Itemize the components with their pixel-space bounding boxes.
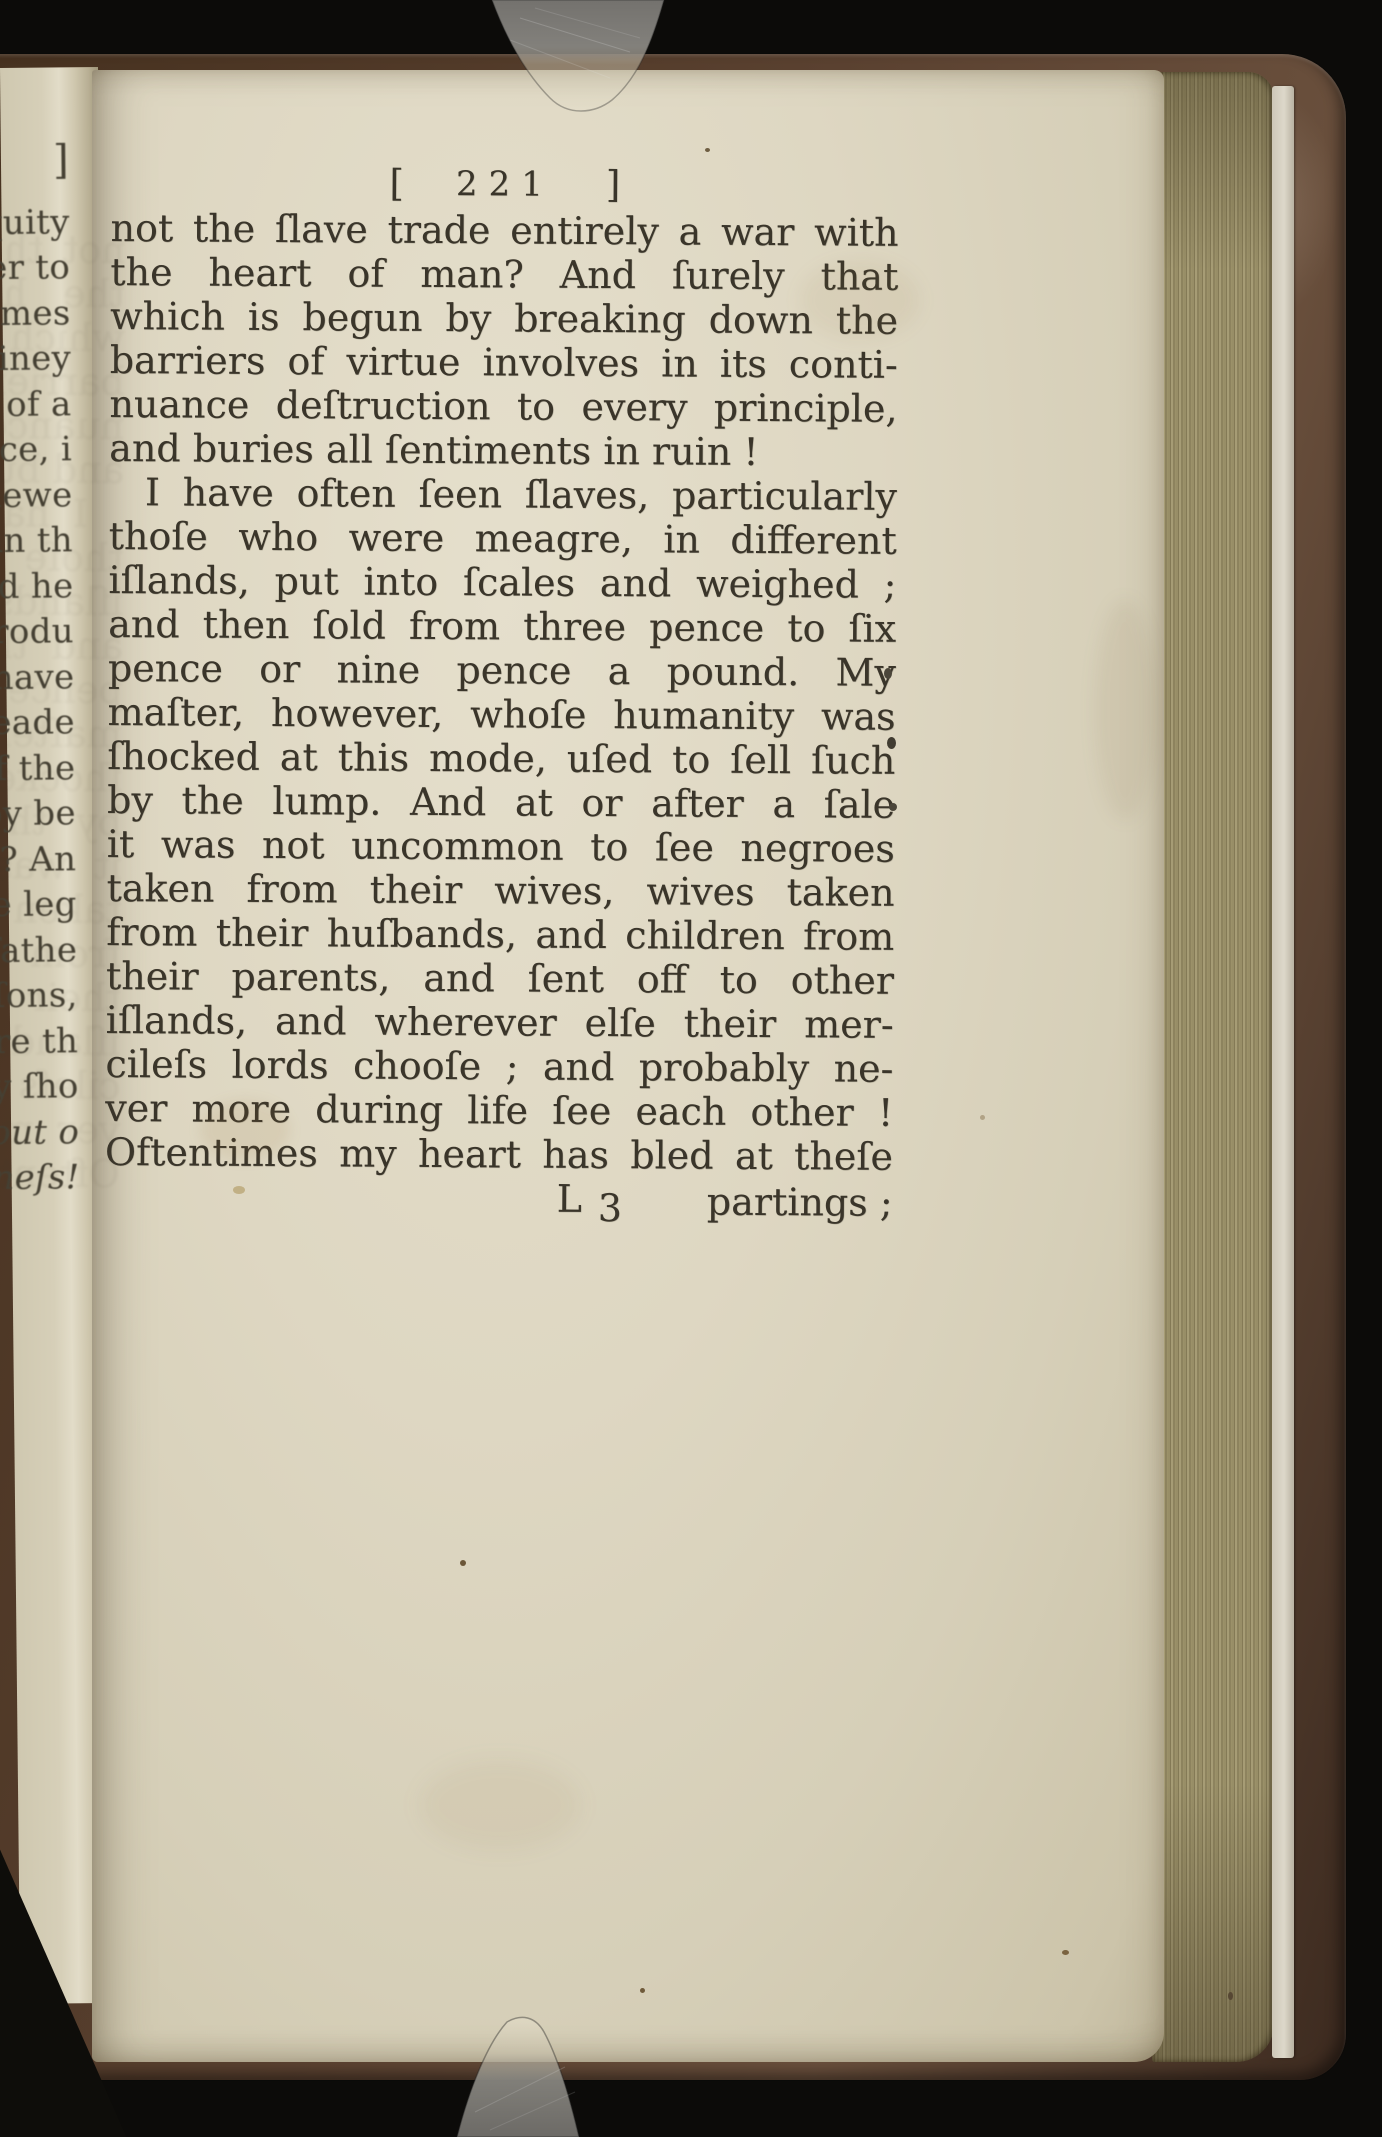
page-text: [ 221 ] not the ſlave trade entirely a w… (104, 160, 898, 1231)
speck (233, 1186, 245, 1194)
speck (460, 1560, 466, 1566)
text-line: from their huſbands, and children from (106, 910, 894, 959)
text-line: thoſe who were meagre, in different (109, 514, 897, 563)
speck (884, 668, 892, 679)
speck (887, 737, 896, 749)
book-cradle-strap-bottom (445, 2012, 605, 2137)
text-line: the heart of man? And ſurely that (110, 250, 898, 299)
speck (705, 148, 710, 152)
signature-mark: L3 (557, 1177, 623, 1221)
book-page: [ 221 ] not the ſlave trade entirely a w… (92, 70, 1164, 2062)
page-fragment: men? An (0, 839, 76, 881)
loose-page-edge (1272, 86, 1294, 2058)
page-fragment: ers of the (0, 748, 76, 790)
text-line: ſhocked at this mode, uſed to ſell ſuch (107, 734, 895, 783)
speck (1062, 1950, 1069, 1955)
page-fragment: ſelf have (0, 657, 75, 699)
book-fore-edge-pages (1152, 72, 1274, 2062)
text-line: and then ſold from three pence to ſix (108, 602, 896, 651)
text-line: nuance deſtruction to every principle, (109, 382, 897, 431)
page-number-header: [ 221 ] (111, 160, 899, 211)
text-line: maſter, however, whoſe humanity was (107, 690, 895, 739)
text-line: ver more during life ſee each other ! (105, 1086, 893, 1135)
text-line: cileſs lords chooſe ; and probably ne- (105, 1042, 893, 1091)
previous-page-text-fragments: e iniquity onfider to r. James the viney… (0, 67, 98, 68)
page-fragment: en by be (0, 793, 76, 835)
text-line: their parents, and ſent off to other (106, 954, 894, 1003)
text-line: which is begun by breaking down the (110, 294, 898, 343)
page-fragment: ray, reade (0, 702, 75, 744)
text-line: Oftentimes my heart has bled at theſe (105, 1130, 893, 1179)
page-fragment: nt of a (0, 384, 72, 425)
text-line: barriers of virtue involves in its conti… (110, 338, 898, 387)
page-fragment: ntance, i (0, 429, 72, 471)
text-line: by the lump. And at or after a ſale (107, 778, 895, 827)
text-line: and buries all ſentiments in ruin ! (109, 426, 897, 475)
header-bracket-right: ] (606, 163, 621, 206)
speck (640, 1988, 645, 1993)
catchword: partings ; (707, 1180, 893, 1225)
page-fragment: more th (0, 1021, 78, 1062)
page-fragment: ays, out o (0, 1112, 79, 1154)
previous-page-bracket: ] (53, 137, 69, 183)
page-fragment: thoſe leg (0, 884, 77, 926)
page-fragment: e iniquity (0, 202, 70, 244)
page-fragment: he produ (0, 611, 74, 653)
book-photo-scene: ] e iniquity onfider to r. James the vin… (0, 0, 1382, 2137)
page-fragment: heir ſons, (0, 975, 78, 1017)
text-line: it was not uncommon to ſee negroes (107, 822, 895, 871)
page-fragment: dedneſs! (0, 1157, 80, 1199)
page-fragment: r. James (0, 293, 71, 334)
speck (980, 1115, 985, 1120)
book-cradle-strap-top (480, 0, 680, 135)
page-fragment: ing in th (0, 520, 73, 562)
text-line: I have often ſeen ſlaves, particularly (109, 470, 897, 519)
text-line: taken from their wives, wives taken (106, 866, 894, 915)
text-line: iſlands, put into ſcales and weighed ; (108, 558, 896, 607)
speck (1228, 1992, 1233, 2000)
page-fragment: onfider to (0, 247, 70, 289)
page-fragment: they ſho (0, 1066, 79, 1107)
text-line: pence or nine pence a pound. My (108, 646, 896, 695)
page-number: 221 (456, 162, 554, 205)
page-fragment: the viney (0, 338, 71, 380)
text-line: iſlands, and wherever elſe their mer- (106, 998, 894, 1047)
footer-line: L3 partings ; (104, 1174, 892, 1231)
page-fragment: ho ſhewe (0, 475, 73, 517)
header-bracket-left: [ (389, 162, 404, 205)
page-fragment: oſe fathe (0, 930, 77, 972)
text-line: not the ſlave trade entirely a war with (110, 206, 898, 255)
speck (889, 803, 897, 811)
page-fragment: and he (0, 566, 74, 607)
